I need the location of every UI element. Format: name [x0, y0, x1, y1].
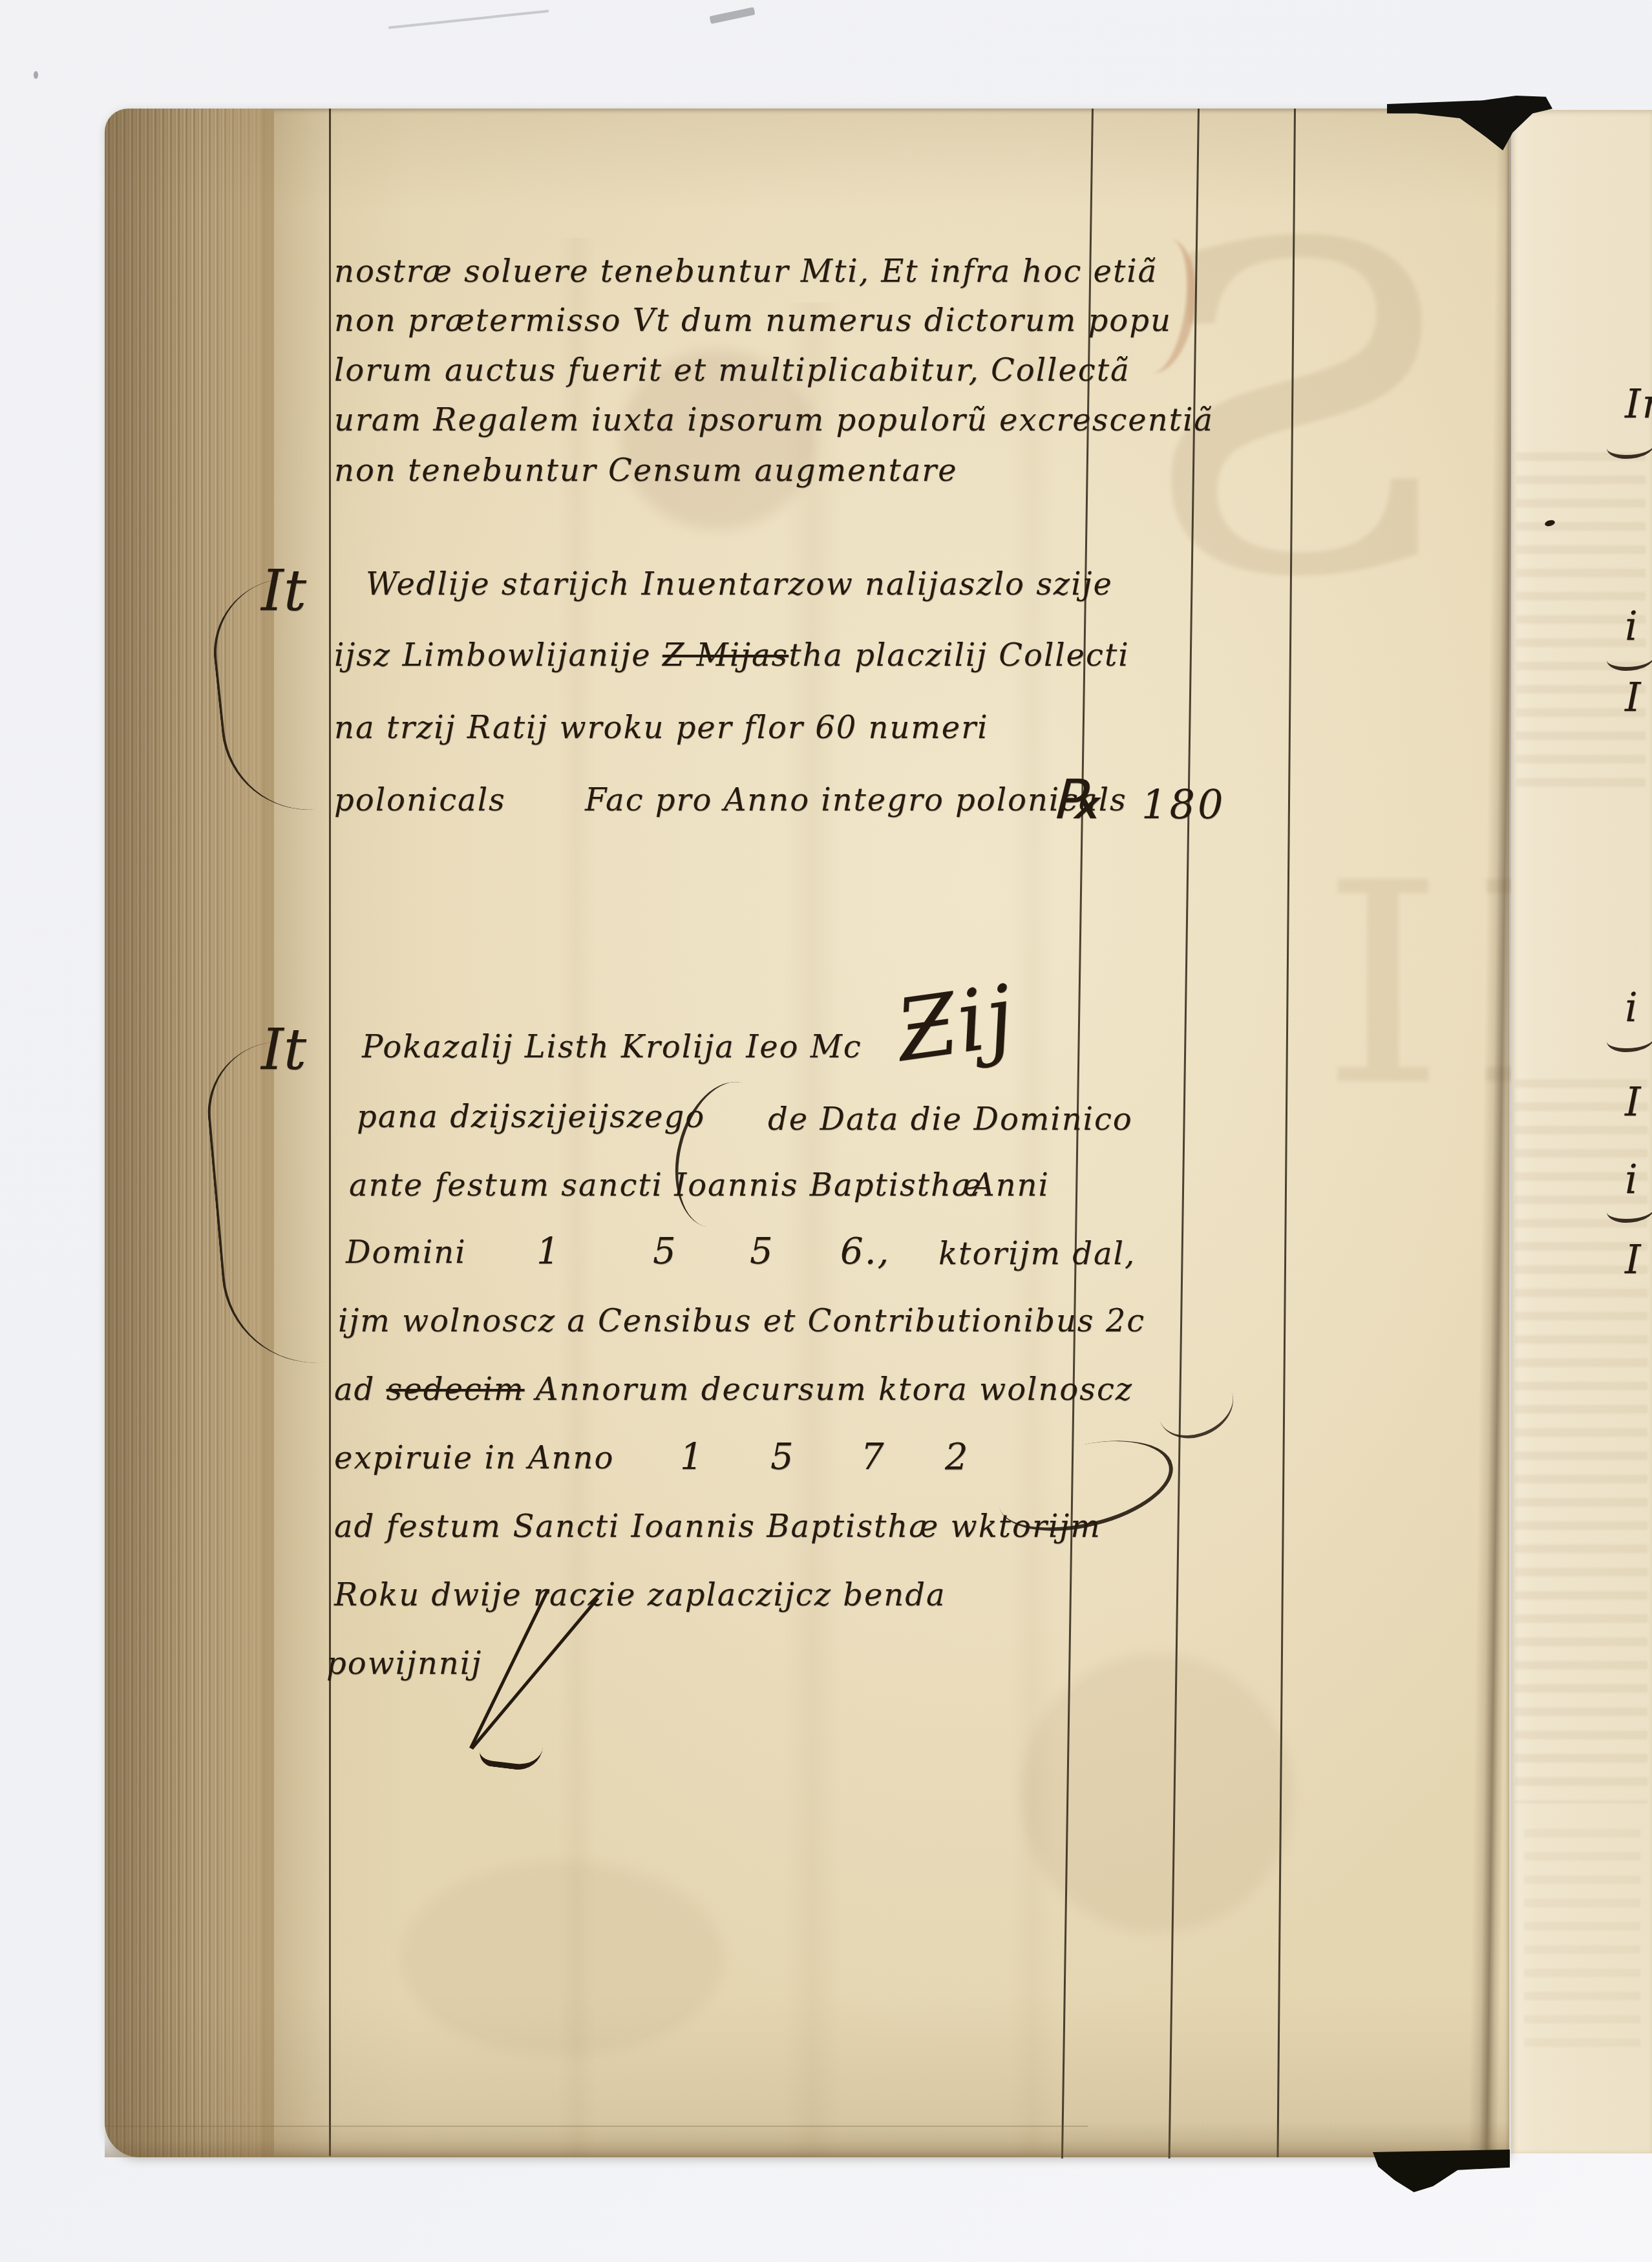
- manuscript-line: na trzij Ratij wroku per flor 60 numeri: [334, 710, 989, 746]
- manuscript-line: ijsz Limbowlijanije Z Mijastha placzilij…: [334, 637, 1130, 673]
- manuscript-line: Domini: [346, 1234, 467, 1271]
- page-stack-shading: [261, 109, 339, 2157]
- manuscript-line: pana dzijszijeijszego: [357, 1099, 705, 1135]
- scanner-dust-speck: [34, 71, 38, 79]
- manuscript-line: de Data die Dominico: [768, 1101, 1133, 1137]
- manuscript-line: ad sedecim Annorum decursum ktora wolnos…: [334, 1371, 1133, 1408]
- binding-cover-corner: [1373, 2150, 1510, 2192]
- year-digit: 6.,: [840, 1231, 890, 1273]
- clipped-line-start: I: [1625, 673, 1642, 721]
- manuscript-line: nostræ soluere tenebuntur Mti, Et infra …: [334, 253, 1158, 290]
- manuscript-line: expiruie in Anno: [334, 1440, 614, 1476]
- next-page-edge: In i I i I i I: [1511, 110, 1652, 2153]
- florin-sign-flourish: ℞: [1052, 768, 1102, 831]
- year-digit: 5: [770, 1436, 795, 1478]
- scanner-lid-streak: [388, 10, 549, 29]
- manuscript-line: non prætermisso Vt dum numerus dictorum …: [334, 302, 1172, 339]
- manuscript-line: ante festum sancti Ioannis Baptisthæ: [349, 1167, 982, 1203]
- showthrough-text-lines: [1524, 1829, 1640, 2062]
- year-digit: 2: [945, 1436, 969, 1478]
- pen-flourish: [1607, 1026, 1652, 1052]
- line-segment: ad: [334, 1371, 387, 1408]
- item-marker: It: [261, 1016, 306, 1083]
- year-digit: 1: [536, 1231, 561, 1273]
- manuscript-line: non tenebuntur Censum augmentare: [334, 452, 958, 489]
- manuscript-line: uram Regalem iuxta ipsorum populorũ excr…: [334, 402, 1214, 438]
- manuscript-line: Wedlije starijch Inuentarzow nalijaszlo …: [366, 566, 1113, 602]
- ruled-line-left-margin: [329, 109, 331, 2156]
- year-digit: 5: [750, 1231, 774, 1273]
- manuscript-line: ijm wolnoscz a Censibus et Contributioni…: [338, 1303, 1145, 1339]
- ink-showthrough-smudge: [401, 1861, 724, 2055]
- year-digit: 7: [861, 1436, 885, 1478]
- pen-flourish-letters: Ƶij: [892, 973, 1019, 1074]
- margin-amount: 180: [1141, 781, 1225, 828]
- manuscript-line: Pokazalij Listh Krolija Ieo Mc: [362, 1029, 862, 1065]
- struck-text: sedecim: [387, 1371, 525, 1408]
- manuscript-line: lorum auctus fuerit et multiplicabitur, …: [334, 352, 1130, 388]
- page-stack-edges: [105, 109, 274, 2157]
- clipped-line-start: I: [1625, 1236, 1642, 1283]
- manuscript-line: ad festum Sancti Ioannis Baptisthæ wktor…: [334, 1508, 1101, 1545]
- line-segment: tha placzilij Collecti: [789, 637, 1129, 673]
- manuscript-line: polonicals: [334, 782, 506, 818]
- year-digit: 1: [680, 1436, 704, 1478]
- clipped-line-start: i: [1625, 1156, 1639, 1203]
- clipped-line-start: In: [1625, 380, 1652, 427]
- manuscript-line: powijnnij: [326, 1645, 482, 1682]
- scanner-lid-streak: [710, 7, 756, 24]
- page-bottom-edges: [105, 2120, 1509, 2157]
- clipped-line-start: i: [1625, 602, 1639, 650]
- struck-text: Z Mijas: [662, 637, 789, 673]
- manuscript-line: Roku dwije raczie zaplaczijcz benda: [334, 1577, 946, 1613]
- line-segment: Annorum decursum ktora wolnoscz: [525, 1371, 1134, 1408]
- clipped-line-start: I: [1625, 1078, 1642, 1125]
- year-digit: 5: [653, 1231, 677, 1273]
- manuscript-line: ktorijm dal,: [938, 1236, 1136, 1272]
- scanned-book-page: S II nostræ soluere tenebuntur Mti, Et i…: [0, 0, 1652, 2262]
- ink-showthrough-smudge: [1021, 1654, 1293, 1932]
- manuscript-line: Fac pro Anno integro polonicals: [585, 782, 1127, 818]
- manuscript-line: Anni: [972, 1167, 1050, 1203]
- clipped-line-start: i: [1625, 984, 1639, 1031]
- item-marker: It: [261, 557, 306, 624]
- line-segment: ijsz Limbowlijanije: [334, 637, 662, 673]
